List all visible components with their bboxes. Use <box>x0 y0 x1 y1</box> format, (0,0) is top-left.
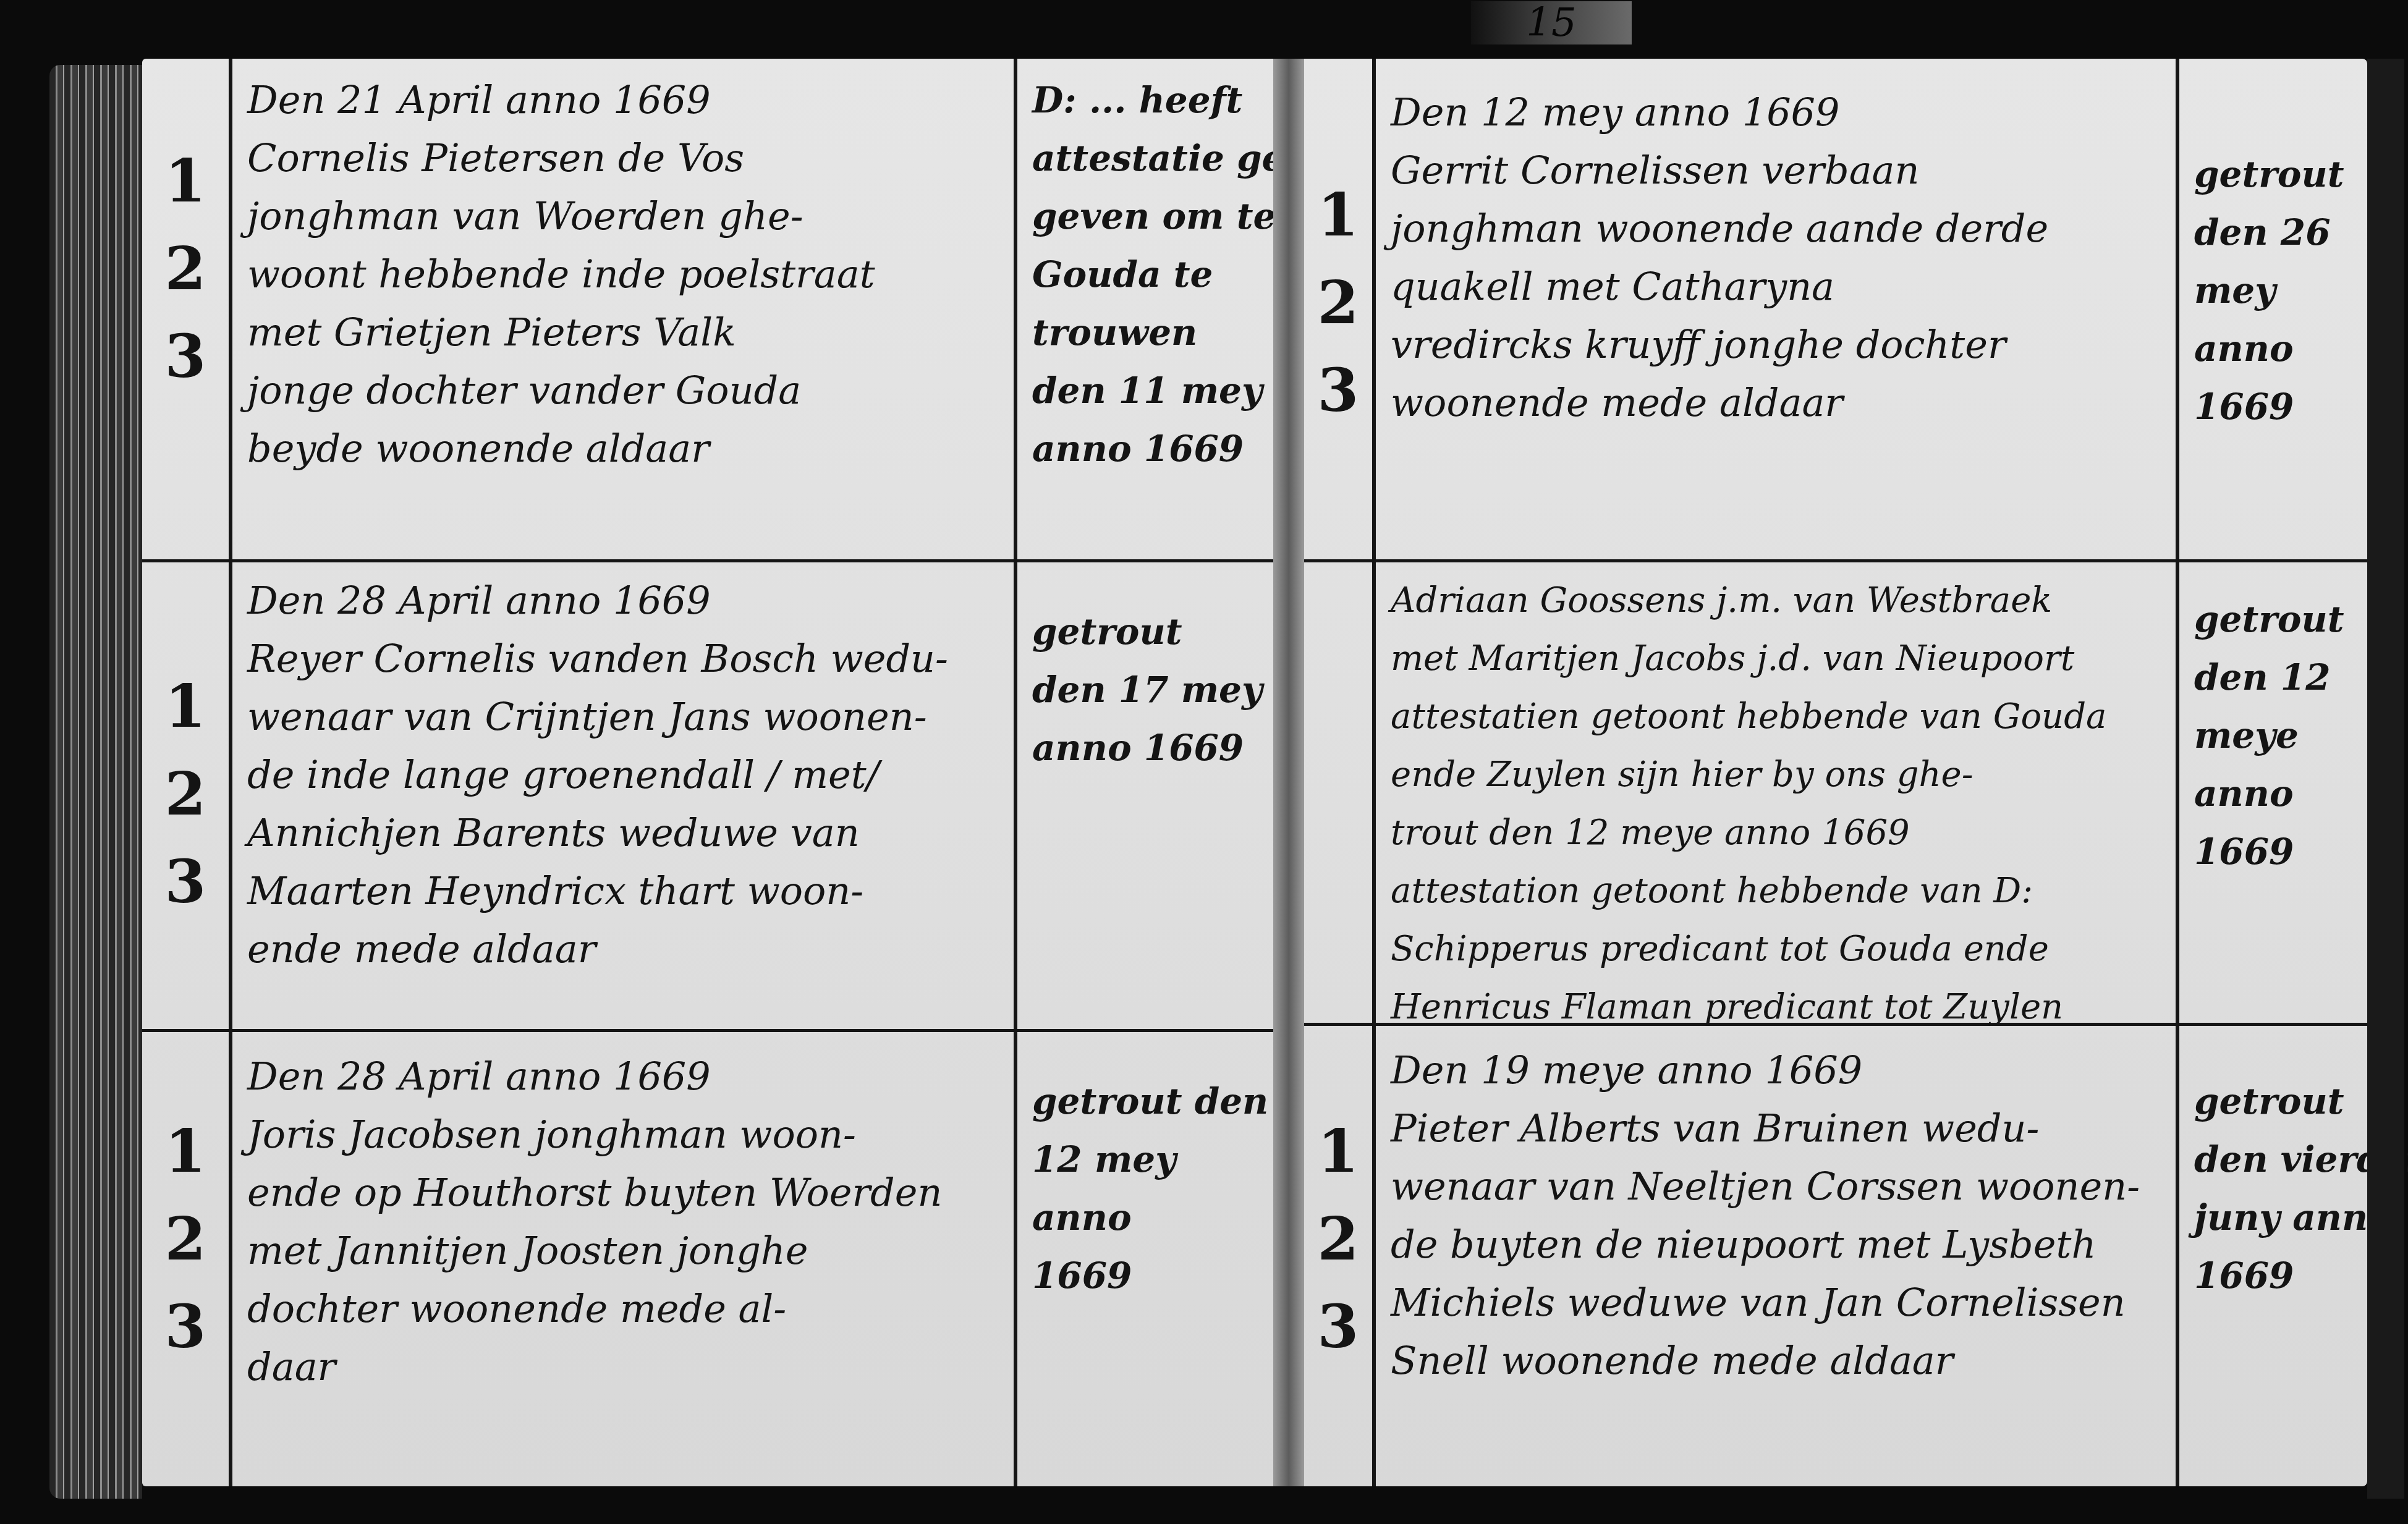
line-number: 3 <box>1301 361 1375 420</box>
entry-line: ende Zuylen sijn hier by ons ghe- <box>1391 746 2106 804</box>
entry-line: ende mede aldaar <box>247 920 948 978</box>
line-number: 2 <box>148 239 223 298</box>
entry-divider <box>142 1029 1273 1032</box>
note-line: meye <box>2194 706 2344 764</box>
entry-marriage-note: getrout den 26 mey anno 1669 <box>2194 145 2344 436</box>
note-line: den 12 <box>2194 648 2344 706</box>
note-line: getrout <box>1032 603 1263 661</box>
line-number: 2 <box>1301 273 1375 332</box>
note-line: anno <box>2194 320 2344 378</box>
entry-text: Den 19 meye anno 1669 Pieter Alberts van… <box>1391 1041 2140 1390</box>
note-line: den 26 <box>2194 203 2344 261</box>
line-number: 3 <box>148 852 223 912</box>
entry-line: woont hebbende inde poelstraat <box>247 245 875 303</box>
line-number: 1 <box>148 677 223 736</box>
note-line: getrout den <box>1032 1072 1268 1130</box>
entry-marriage-note: getrout den 12 mey anno 1669 <box>1032 1072 1268 1305</box>
page-edges <box>49 65 142 1499</box>
entry-line: Reyer Cornelis vanden Bosch wedu- <box>247 630 948 688</box>
note-line: getrout <box>2194 145 2344 203</box>
entry-line: Michiels weduwe van Jan Cornelissen <box>1391 1274 2140 1332</box>
entry-line: ende op Houthorst buyten Woerden <box>247 1164 942 1222</box>
folio-number: 15 <box>1471 1 1632 44</box>
entry-text: Den 21 April anno 1669 Cornelis Pieterse… <box>247 71 875 478</box>
entry-line: trout den 12 meye anno 1669 <box>1391 804 2106 862</box>
entry-line: Adriaan Goossens j.m. van Westbraek <box>1391 572 2106 630</box>
entry-line: jonge dochter vander Gouda <box>247 362 875 420</box>
left-page: 1 2 3 Den 21 April anno 1669 Cornelis Pi… <box>142 59 1273 1486</box>
note-line: 12 mey <box>1032 1130 1268 1188</box>
note-line: den 11 mey <box>1032 362 1300 420</box>
line-number: 1 <box>148 1122 223 1181</box>
note-line: Gouda te <box>1032 245 1300 303</box>
entry-line: wenaar van Crijntjen Jans woonen- <box>247 688 948 746</box>
entry-line: jonghman woonende aande derde <box>1391 200 2048 258</box>
note-line: den 17 mey <box>1032 661 1263 719</box>
entry-line: met Grietjen Pieters Valk <box>247 303 875 362</box>
entry-line-numbers: 1 2 3 <box>148 1122 223 1357</box>
entry-line: de buyten de nieupoort met Lysbeth <box>1391 1216 2140 1274</box>
note-line: anno 1669 <box>1032 719 1263 777</box>
line-number: 3 <box>148 327 223 386</box>
line-number: 2 <box>148 764 223 824</box>
entry-line: jonghman van Woerden ghe- <box>247 187 875 245</box>
line-number: 3 <box>1301 1297 1375 1357</box>
entry-line-numbers: 1 2 3 <box>148 151 223 386</box>
entry-line: Schipperus predicant tot Gouda ende <box>1391 920 2106 978</box>
entry-date-line: Den 28 April anno 1669 <box>247 1048 942 1106</box>
right-page: 1 2 3 Den 12 mey anno 1669 Gerrit Cornel… <box>1304 59 2367 1486</box>
entry-marriage-note: getrout den 17 mey anno 1669 <box>1032 603 1263 777</box>
note-line: 1669 <box>2194 823 2344 881</box>
line-number: 1 <box>148 151 223 211</box>
entry-line: quakell met Catharyna <box>1391 258 2048 316</box>
entry-text: Den 28 April anno 1669 Reyer Cornelis va… <box>247 572 948 978</box>
entry-line: daar <box>247 1338 942 1396</box>
note-line: 1669 <box>1032 1247 1268 1305</box>
note-line: 1669 <box>2194 378 2344 436</box>
entry-date-line: Den 21 April anno 1669 <box>247 71 875 129</box>
entry-line: Annichjen Barents weduwe van <box>247 804 948 862</box>
line-number: 3 <box>148 1297 223 1357</box>
entry-line: met Maritjen Jacobs j.d. van Nieupoort <box>1391 630 2106 688</box>
open-register-book: 1 2 3 Den 21 April anno 1669 Cornelis Pi… <box>49 59 2398 1499</box>
entry-text: Den 12 mey anno 1669 Gerrit Cornelissen … <box>1391 83 2048 432</box>
line-number: 2 <box>148 1209 223 1269</box>
entry-line: Pieter Alberts van Bruinen wedu- <box>1391 1099 2140 1158</box>
entry-line: Joris Jacobsen jonghman woon- <box>247 1106 942 1164</box>
entry-line: beyde woonende aldaar <box>247 420 875 478</box>
entry-line: woonende mede aldaar <box>1391 374 2048 432</box>
entry-text: Adriaan Goossens j.m. van Westbraek met … <box>1391 572 2106 1036</box>
note-line: attestatie ge- <box>1032 129 1300 187</box>
note-column-rule <box>1014 59 1017 1486</box>
note-line: anno <box>1032 1188 1268 1247</box>
entry-line: attestatien getoont hebbende van Gouda <box>1391 688 2106 746</box>
entry-line: wenaar van Neeltjen Corssen woonen- <box>1391 1158 2140 1216</box>
entry-line: dochter woonende mede al- <box>247 1280 942 1338</box>
line-number: 1 <box>1301 1122 1375 1181</box>
note-line: anno 1669 <box>1032 420 1300 478</box>
entry-marriage-note: getrout den 12 meye anno 1669 <box>2194 590 2344 881</box>
entry-line: de inde lange groenendall / met/ <box>247 746 948 804</box>
entry-line: met Jannitjen Joosten jonghe <box>247 1222 942 1280</box>
entry-line-numbers: 1 2 3 <box>1301 185 1375 420</box>
entry-divider <box>142 559 1273 562</box>
note-line: D: ... heeft <box>1032 71 1300 129</box>
entry-line: Maarten Heyndricx thart woon- <box>247 862 948 920</box>
note-column-rule <box>2176 59 2179 1486</box>
entry-marriage-note: D: ... heeft attestatie ge- geven om ter… <box>1032 71 1300 478</box>
entry-line: Henricus Flaman predicant tot Zuylen <box>1391 978 2106 1036</box>
note-line: anno <box>2194 764 2344 823</box>
entry-line: Gerrit Cornelissen verbaan <box>1391 142 2048 200</box>
entry-date-line: Den 28 April anno 1669 <box>247 572 948 630</box>
line-number: 1 <box>1301 185 1375 245</box>
entry-divider <box>1304 559 2367 562</box>
book-gutter <box>1273 59 1304 1486</box>
entry-date-line: Den 12 mey anno 1669 <box>1391 83 2048 142</box>
line-number: 2 <box>1301 1209 1375 1269</box>
note-line: getrout <box>2194 590 2344 648</box>
margin-rule <box>229 59 232 1486</box>
entry-line-numbers: 1 2 3 <box>148 677 223 912</box>
note-line: trouwen <box>1032 303 1300 362</box>
note-line: mey <box>2194 261 2344 320</box>
entry-line: Snell woonende mede aldaar <box>1391 1332 2140 1390</box>
book-right-edge <box>2367 59 2404 1499</box>
entry-line: attestation getoont hebbende van D: <box>1391 862 2106 920</box>
entry-line: Cornelis Pietersen de Vos <box>247 129 875 187</box>
entry-line: vredircks kruyff jonghe dochter <box>1391 316 2048 374</box>
entry-date-line: Den 19 meye anno 1669 <box>1391 1041 2140 1099</box>
entry-line-numbers: 1 2 3 <box>1301 1122 1375 1357</box>
note-line: geven om ter <box>1032 187 1300 245</box>
entry-text: Den 28 April anno 1669 Joris Jacobsen jo… <box>247 1048 942 1396</box>
